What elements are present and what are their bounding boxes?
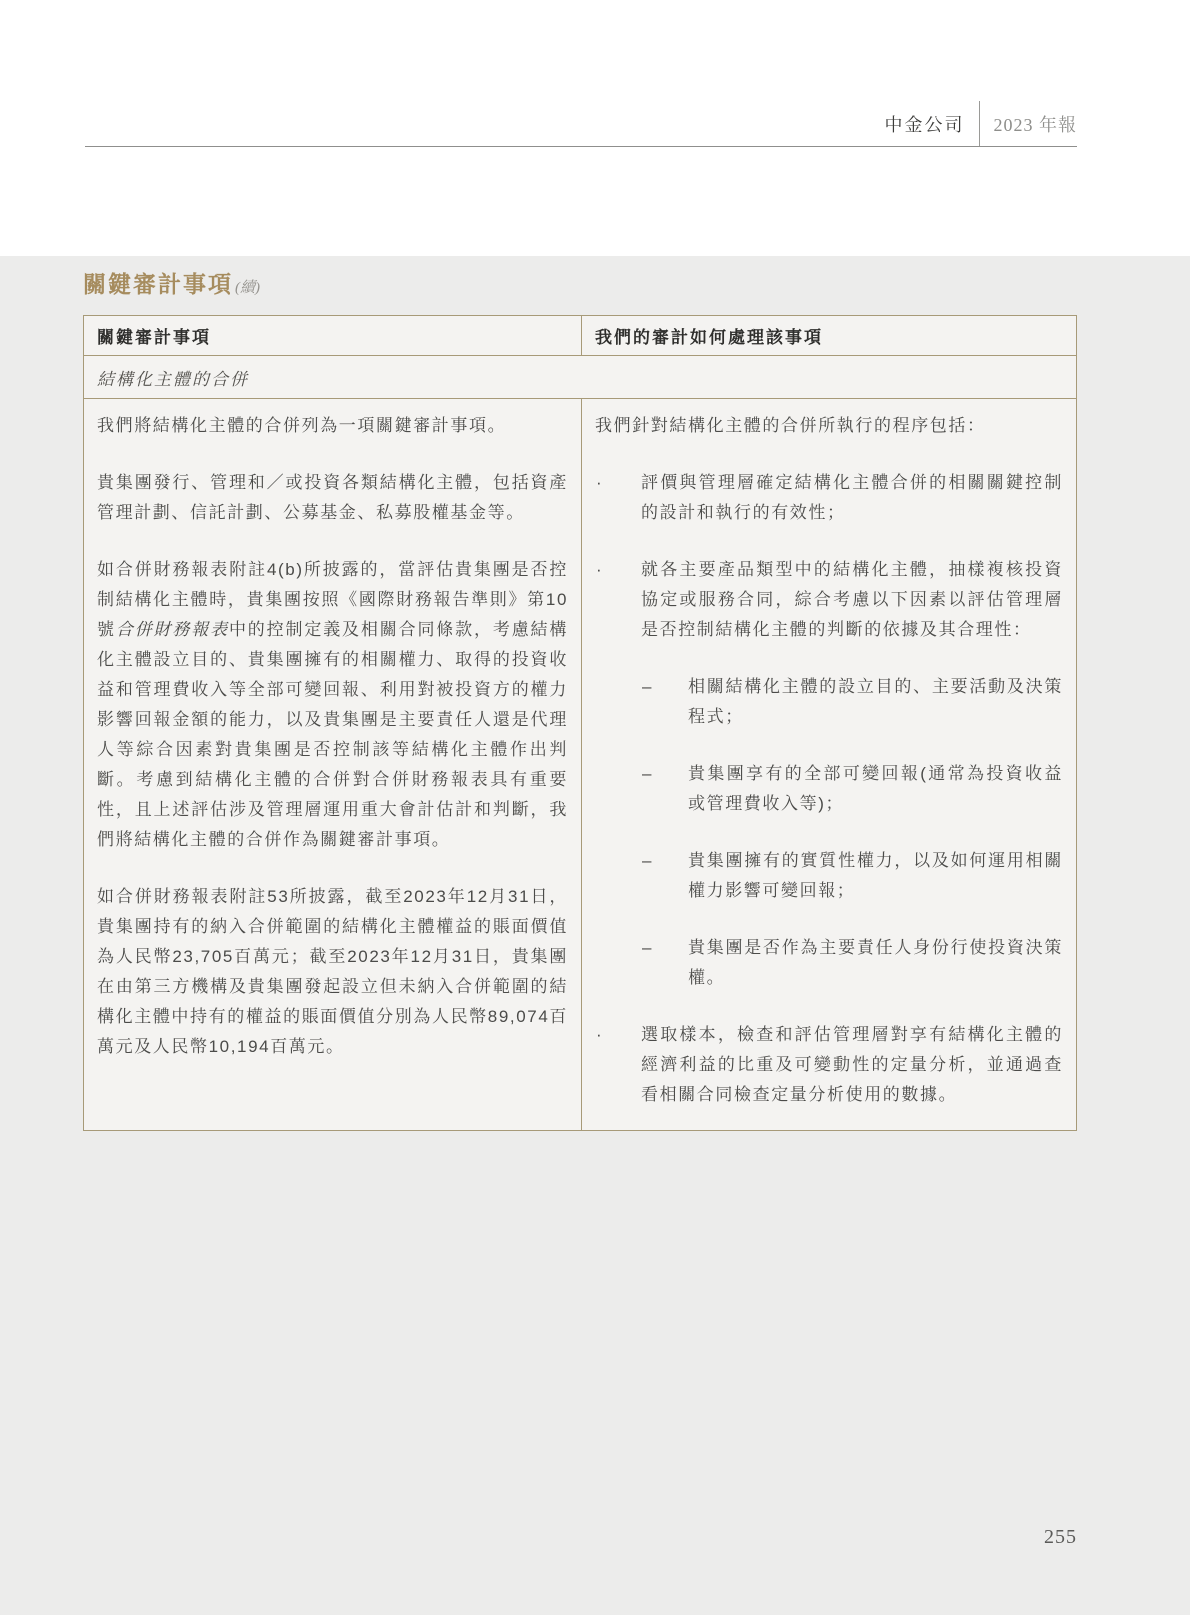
dash-marker: – <box>642 672 653 702</box>
company-name: 中金公司 <box>885 111 965 137</box>
bullet-text: 貴集團享有的全部可變回報(通常為投資收益或管理費收入等)； <box>688 764 1063 813</box>
bullet-text: 就各主要產品類型中的結構化主體，抽樣複核投資協定或服務合同，綜合考慮以下因素以評… <box>641 560 1063 639</box>
bullet-item: ·選取樣本，檢查和評估管理層對享有結構化主體的經濟利益的比重及可變動性的定量分析… <box>595 1020 1063 1110</box>
audit-response-cell: 我們針對結構化主體的合併所執行的程序包括：·評價與管理層確定結構化主體合併的相關… <box>581 399 1076 1130</box>
sub-bullet-item: –相關結構化主體的設立目的、主要活動及決策程式； <box>595 672 1063 732</box>
section-title-text: 關鍵審計事項 <box>83 271 233 297</box>
key-audit-matter-cell: 我們將結構化主體的合併列為一項關鍵審計事項。貴集團發行、管理和／或投資各類結構化… <box>84 399 581 1130</box>
bullet-item: ·就各主要產品類型中的結構化主體，抽樣複核投資協定或服務合同，綜合考慮以下因素以… <box>595 555 1063 645</box>
dash-marker: – <box>642 846 653 876</box>
column-header-key-audit-matter: 關鍵審計事項 <box>84 316 581 355</box>
key-audit-matters-table: 關鍵審計事項 我們的審計如何處理該事項 結構化主體的合併 我們將結構化主體的合併… <box>83 315 1077 1131</box>
section-title-continued: (續) <box>235 280 260 296</box>
bullet-text: 相關結構化主體的設立目的、主要活動及決策程式； <box>688 677 1063 726</box>
dot-marker: · <box>596 1020 603 1050</box>
table-header-row: 關鍵審計事項 我們的審計如何處理該事項 <box>84 316 1076 356</box>
column-header-audit-response: 我們的審計如何處理該事項 <box>581 316 1076 355</box>
report-page: 中金公司 2023 年報 關鍵審計事項(續) 關鍵審計事項 我們的審計如何處理該… <box>0 0 1190 1615</box>
header-rule <box>85 146 1077 147</box>
bullet-text: 評價與管理層確定結構化主體合併的相關關鍵控制的設計和執行的有效性； <box>641 473 1063 522</box>
dot-marker: · <box>596 468 603 498</box>
dash-marker: – <box>642 759 653 789</box>
running-header: 中金公司 2023 年報 <box>885 101 1078 146</box>
header-divider <box>979 101 980 146</box>
sub-bullet-item: –貴集團享有的全部可變回報(通常為投資收益或管理費收入等)； <box>595 759 1063 819</box>
page-number: 255 <box>1044 1526 1077 1549</box>
left-paragraph: 貴集團發行、管理和／或投資各類結構化主體，包括資產管理計劃、信託計劃、公募基金、… <box>97 468 568 528</box>
left-paragraph: 我們將結構化主體的合併列為一項關鍵審計事項。 <box>97 411 568 441</box>
report-year-label: 2023 年報 <box>994 111 1078 137</box>
sub-bullet-item: –貴集團是否作為主要責任人身份行使投資決策權。 <box>595 933 1063 993</box>
bullet-text: 貴集團擁有的實質性權力，以及如何運用相關權力影響可變回報； <box>688 851 1063 900</box>
section-title: 關鍵審計事項(續) <box>83 266 260 299</box>
right-intro-paragraph: 我們針對結構化主體的合併所執行的程序包括： <box>595 411 1063 441</box>
dash-marker: – <box>642 933 653 963</box>
left-paragraph: 如合併財務報表附註4(b)所披露的，當評估貴集團是否控制結構化主體時，貴集團按照… <box>97 555 568 855</box>
left-paragraph: 如合併財務報表附註53所披露，截至2023年12月31日，貴集團持有的納入合併範… <box>97 882 568 1062</box>
table-body-row: 我們將結構化主體的合併列為一項關鍵審計事項。貴集團發行、管理和／或投資各類結構化… <box>84 399 1076 1130</box>
sub-bullet-item: –貴集團擁有的實質性權力，以及如何運用相關權力影響可變回報； <box>595 846 1063 906</box>
bullet-item: ·評價與管理層確定結構化主體合併的相關關鍵控制的設計和執行的有效性； <box>595 468 1063 528</box>
bullet-text: 貴集團是否作為主要責任人身份行使投資決策權。 <box>688 938 1063 987</box>
bullet-text: 選取樣本，檢查和評估管理層對享有結構化主體的經濟利益的比重及可變動性的定量分析，… <box>641 1025 1063 1104</box>
matter-subheader-row: 結構化主體的合併 <box>84 356 1076 399</box>
dot-marker: · <box>596 555 603 585</box>
